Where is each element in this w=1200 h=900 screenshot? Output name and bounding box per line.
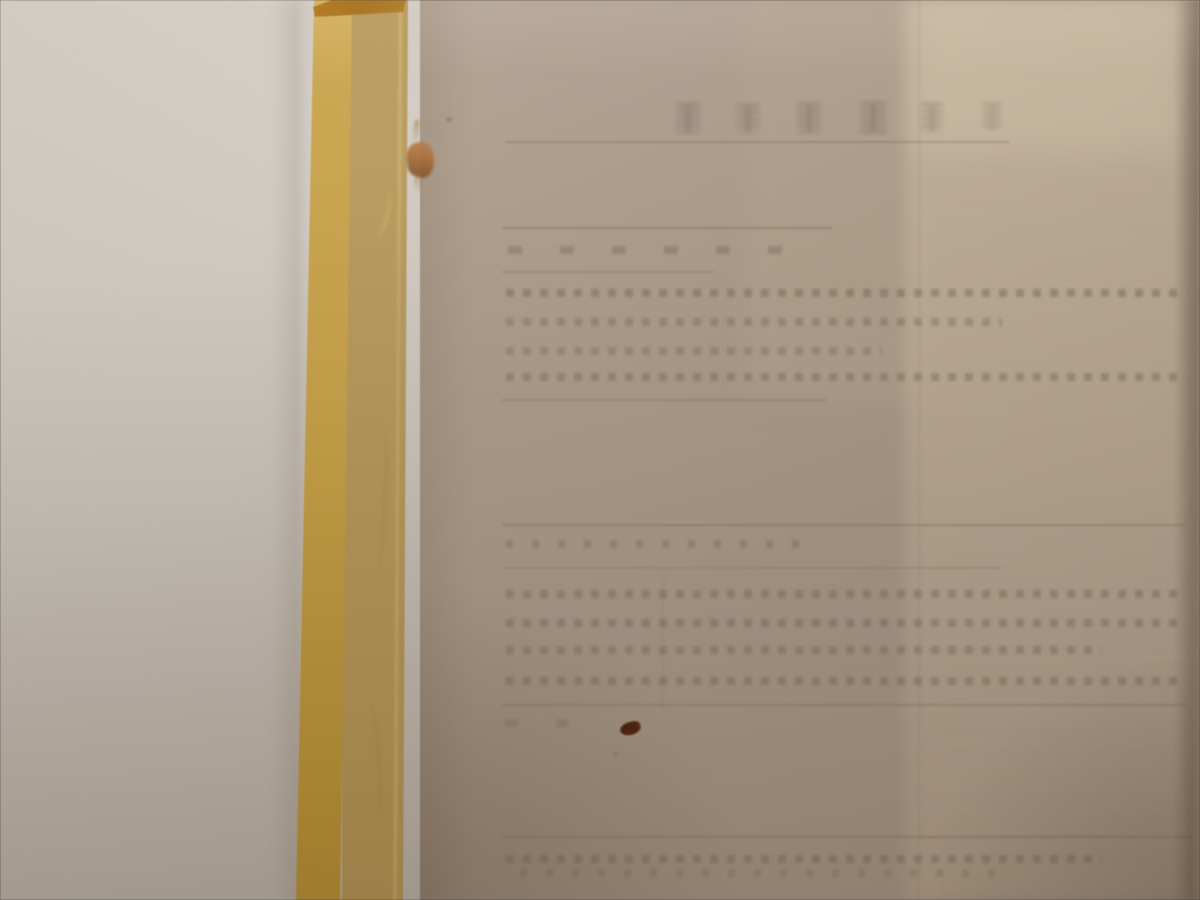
showthrough-header-glyph <box>860 102 886 133</box>
showthrough-text-row <box>508 246 794 254</box>
showthrough-text-row <box>506 590 1184 598</box>
showthrough-text-row <box>506 289 1182 297</box>
showthrough-rule-line <box>502 567 1002 569</box>
showthrough-header-glyph <box>737 104 759 133</box>
showthrough-rule-line <box>502 271 714 273</box>
page-right-fold-edge <box>1174 0 1200 900</box>
showthrough-rule-line <box>502 704 1186 706</box>
showthrough-text-row <box>506 619 1184 627</box>
showthrough-text-row <box>506 646 1102 654</box>
photo-of-book <box>0 0 1200 900</box>
showthrough-text-row <box>520 869 1000 877</box>
showthrough-header-glyph <box>797 103 821 133</box>
dot-stain <box>446 117 452 122</box>
showthrough-column-line <box>918 0 920 900</box>
showthrough-text-row <box>506 677 1184 685</box>
showthrough-header-glyph <box>982 103 1002 131</box>
page-bottom-right-shadow <box>940 660 1200 900</box>
showthrough-text-row <box>506 373 1182 381</box>
showthrough-rule-line <box>502 524 1186 526</box>
showthrough-header-glyph <box>676 103 700 133</box>
showthrough-rule-line <box>502 836 1192 838</box>
page-top-highlight <box>400 0 1200 80</box>
showthrough-rule-line <box>505 141 1010 143</box>
page-bottom-left-shadow <box>400 580 740 900</box>
book-page <box>400 0 1200 900</box>
showthrough-text-row <box>504 719 568 727</box>
dot-stain <box>613 752 618 756</box>
showthrough-text-row <box>506 855 1102 863</box>
showthrough-column-line <box>662 575 664 710</box>
wall-spine-shadow <box>272 0 302 900</box>
showthrough-rule-line <box>502 227 832 229</box>
showthrough-rule-line <box>502 399 826 401</box>
showthrough-text-row <box>506 318 1002 326</box>
showthrough-text-row <box>506 540 802 548</box>
showthrough-text-row <box>506 347 882 355</box>
showthrough-header-glyph <box>921 103 943 132</box>
